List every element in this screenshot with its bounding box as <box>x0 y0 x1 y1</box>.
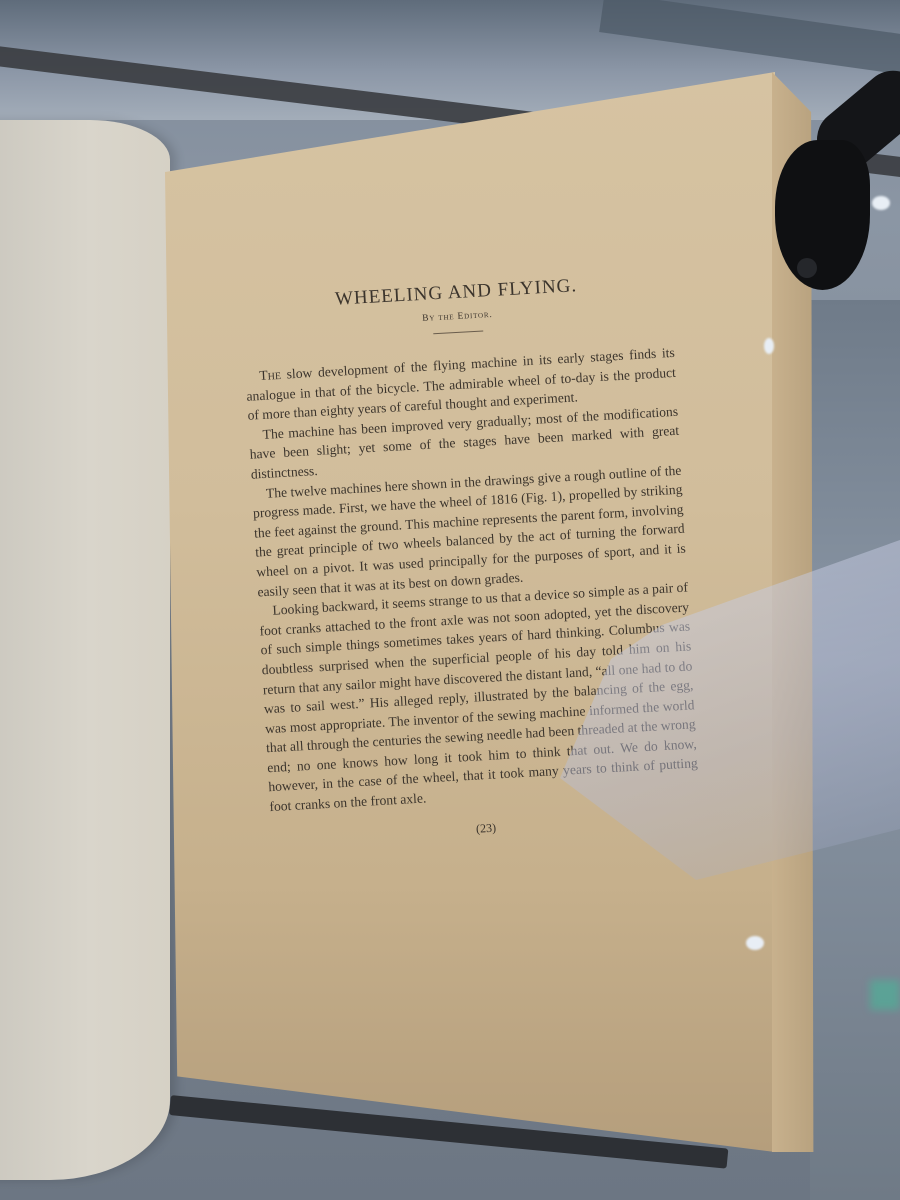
left-blank-page <box>0 120 170 1180</box>
paragraph-4: Looking backward, it seems strange to us… <box>258 578 699 817</box>
light-glint <box>872 196 890 210</box>
light-glint <box>764 338 774 354</box>
display-mount <box>775 140 870 290</box>
title-rule <box>433 331 483 335</box>
article-body: WHEELING AND FLYING. By the Editor. The … <box>240 256 701 848</box>
photo-scene: WHEELING AND FLYING. By the Editor. The … <box>0 0 900 1200</box>
light-glint <box>746 936 764 950</box>
exit-light-glow <box>870 980 900 1010</box>
mount-screw-icon <box>797 258 817 278</box>
display-case-glass <box>810 300 900 1200</box>
drop-lead: The <box>259 367 281 383</box>
